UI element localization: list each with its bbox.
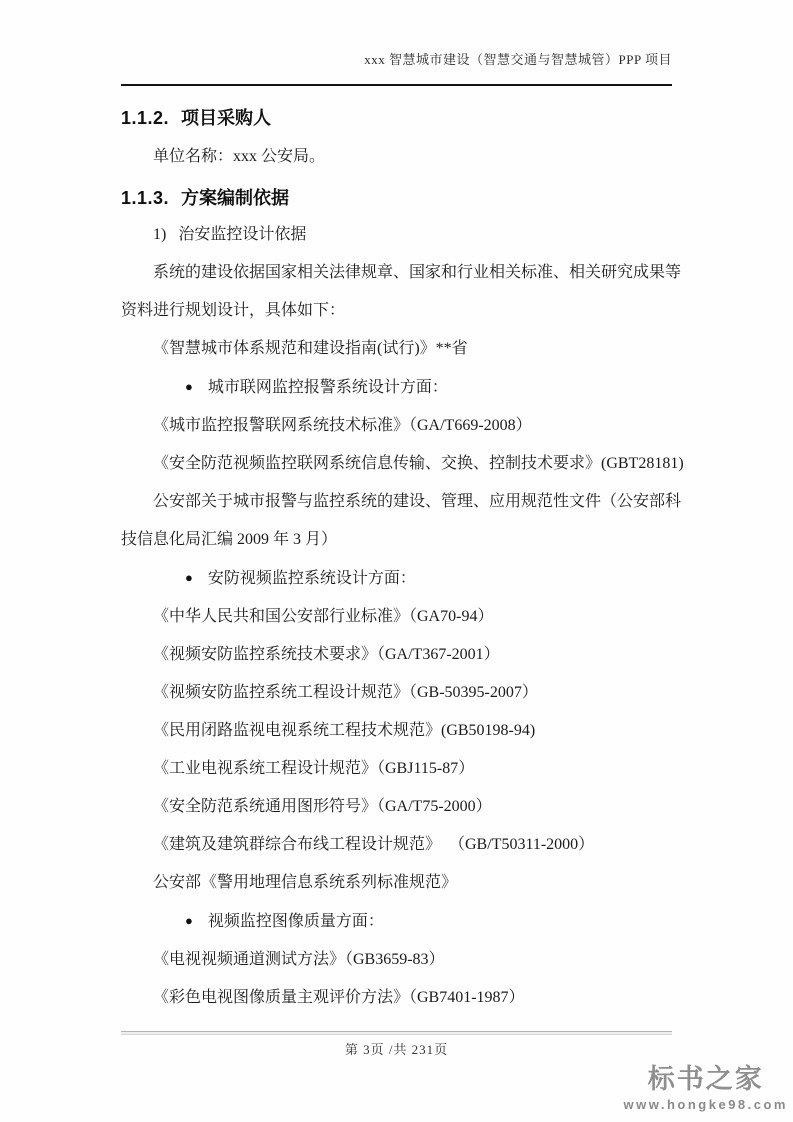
section-number: 1.1.3.	[121, 188, 169, 208]
bullet-item: ●安防视频监控系统设计方面：	[121, 559, 672, 598]
paragraph-line: 系统的建设依据国家相关法律规章、国家和行业相关标准、相关研究成果等	[121, 254, 672, 292]
bullet-item: ●城市联网监控报警系统设计方面：	[121, 368, 672, 407]
paragraph-line: 《视频安防监控系统技术要求》（GA/T367-2001）	[121, 636, 672, 674]
page-header: xxx 智慧城市建设（智慧交通与智慧城管）PPP 项目	[121, 0, 672, 86]
paragraph-line: 《安全防范视频监控联网系统信息传输、交换、控制技术要求》(GBT28181)	[121, 445, 672, 483]
paragraph-line: 《智慧城市体系规范和建设指南(试行)》**省	[121, 330, 672, 368]
paragraph-line: 《中华人民共和国公安部行业标准》（GA70-94）	[121, 598, 672, 636]
bullet-icon: ●	[153, 902, 193, 940]
paragraph-line: 1) 治安监控设计依据	[121, 216, 672, 254]
watermark-site: www.hongke98.com	[624, 1096, 789, 1114]
paragraph-line: 《工业电视系统工程设计规范》（GBJ115-87）	[121, 750, 672, 788]
paragraph-line: 《民用闭路监视电视系统工程技术规范》(GB50198-94)	[121, 712, 672, 750]
bullet-icon: ●	[153, 368, 193, 406]
watermark-brand: 标书之家	[624, 1064, 789, 1094]
paragraph-line: 《安全防范系统通用图形符号》（GA/T75-2000）	[121, 788, 672, 826]
header-project-title: xxx 智慧城市建设（智慧交通与智慧城管）PPP 项目	[121, 52, 672, 68]
purchaser-info-paragraph: 单位名称：xxx 公安局。	[121, 138, 672, 176]
document-body: 1) 治安监控设计依据系统的建设依据国家相关法律规章、国家和行业相关标准、相关研…	[121, 216, 672, 1017]
page-number: 第 3页 /共 231页	[121, 1041, 672, 1059]
paragraph-line: 《城市监控报警联网系统技术标准》（GA/T669-2008）	[121, 407, 672, 445]
watermark: 标书之家 www.hongke98.com	[624, 1064, 789, 1114]
paragraph-line: 技信息化局汇编 2009 年 3 月）	[121, 521, 672, 559]
bullet-item: ●视频监控图像质量方面：	[121, 902, 672, 941]
footer-rule	[121, 1031, 672, 1035]
bullet-item-label: 城市联网监控报警系统设计方面：	[208, 379, 448, 396]
paragraph-line: 资料进行规划设计，具体如下：	[121, 292, 672, 330]
section-title: 方案编制依据	[181, 188, 289, 208]
paragraph-line: 《建筑及建筑群综合布线工程设计规范》 （GB/T50311-2000）	[121, 826, 672, 864]
paragraph-line: 《电视视频通道测试方法》（GB3659-83）	[121, 941, 672, 979]
paragraph-line: 公安部关于城市报警与监控系统的建设、管理、应用规范性文件（公安部科	[121, 483, 672, 521]
bullet-item-label: 安防视频监控系统设计方面：	[208, 570, 416, 587]
header-rule	[121, 84, 672, 86]
paragraph-line: 《彩色电视图像质量主观评价方法》（GB7401-1987）	[121, 979, 672, 1017]
section-heading-purchaser: 1.1.2.项目采购人	[121, 106, 672, 130]
paragraph-line: 公安部《警用地理信息系统系列标准规范》	[121, 864, 672, 902]
bullet-item-label: 视频监控图像质量方面：	[208, 913, 384, 930]
bullet-icon: ●	[153, 559, 193, 597]
section-number: 1.1.2.	[121, 108, 169, 128]
section-title: 项目采购人	[181, 108, 271, 128]
document-page: xxx 智慧城市建设（智慧交通与智慧城管）PPP 项目 1.1.2.项目采购人 …	[0, 0, 793, 1122]
page-footer: 第 3页 /共 231页	[121, 1031, 672, 1059]
paragraph-line: 《视频安防监控系统工程设计规范》（GB-50395-2007）	[121, 674, 672, 712]
section-heading-basis: 1.1.3.方案编制依据	[121, 186, 672, 210]
